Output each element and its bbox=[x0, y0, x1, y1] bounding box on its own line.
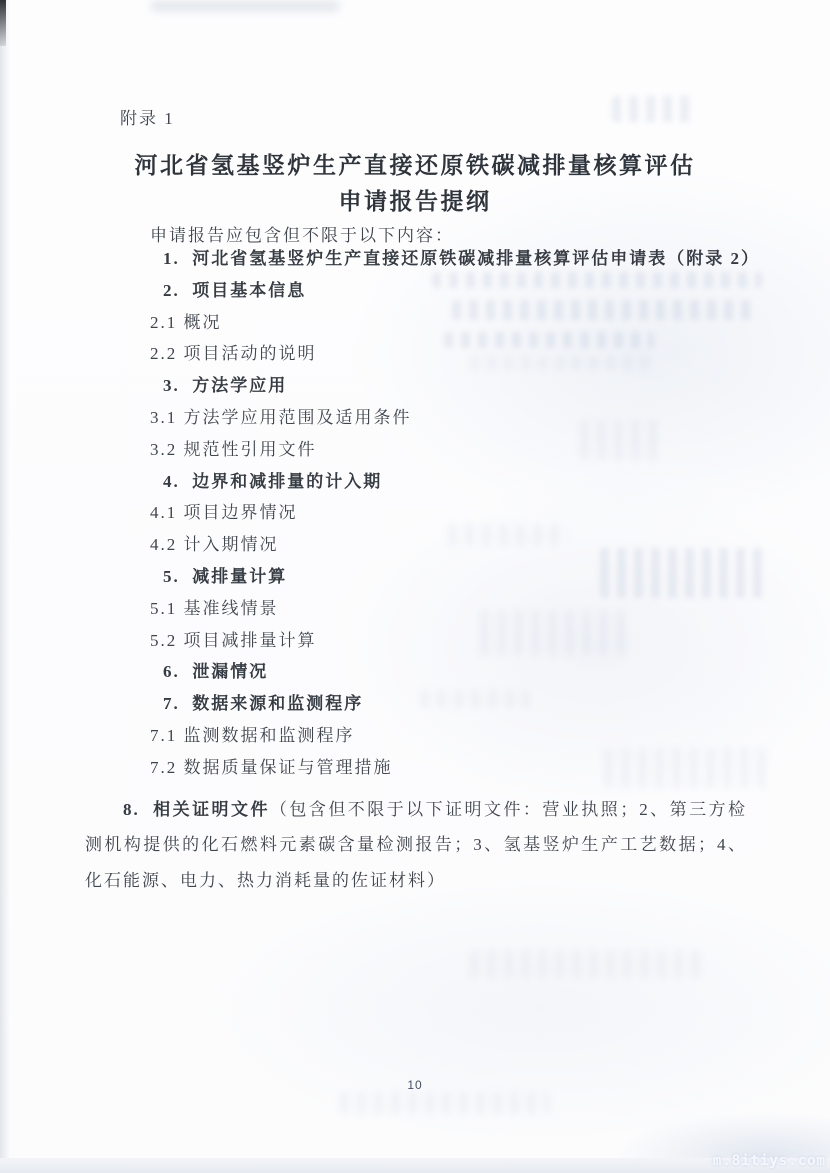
document-content: 附录 1 河北省氢基竖炉生产直接还原铁碳减排量核算评估申请报告提纲 申请报告应包… bbox=[0, 0, 830, 1173]
outline-item-3: 3. 方法学应用 bbox=[0, 370, 760, 402]
outline-item-4: 4. 边界和减排量的计入期 bbox=[0, 466, 760, 498]
outline-item-4-1: 4.1 项目边界情况 bbox=[0, 497, 760, 529]
outline-item-2: 2. 项目基本信息 bbox=[0, 275, 760, 307]
appendix-label: 附录 1 bbox=[120, 104, 175, 129]
document-title-line1: 河北省氢基竖炉生产直接还原铁碳减排量核算评估 bbox=[135, 153, 696, 178]
outline-item-3-1: 3.1 方法学应用范围及适用条件 bbox=[0, 402, 760, 434]
watermark: m.8itiys.com bbox=[713, 1153, 826, 1169]
outline-item-1: 1. 河北省氢基竖炉生产直接还原铁碳减排量核算评估申请表（附录 2） bbox=[0, 243, 760, 275]
outline-item-5: 5. 减排量计算 bbox=[0, 561, 760, 593]
outline-list: 1. 河北省氢基竖炉生产直接还原铁碳减排量核算评估申请表（附录 2） 2. 项目… bbox=[0, 243, 760, 784]
outline-item-7-2: 7.2 数据质量保证与管理措施 bbox=[0, 752, 760, 784]
page-number: 10 bbox=[0, 1078, 830, 1092]
closing-paragraph: 8. 相关证明文件（包含但不限于以下证明文件：营业执照；2、第三方检测机构提供的… bbox=[85, 792, 747, 898]
outline-item-7-1: 7.1 监测数据和监测程序 bbox=[0, 720, 760, 752]
scanned-document-page: 附录 1 河北省氢基竖炉生产直接还原铁碳减排量核算评估申请报告提纲 申请报告应包… bbox=[0, 0, 830, 1173]
outline-item-2-1: 2.1 概况 bbox=[0, 307, 760, 339]
outline-item-5-1: 5.1 基准线情景 bbox=[0, 593, 760, 625]
outline-item-7: 7. 数据来源和监测程序 bbox=[0, 688, 760, 720]
outline-item-2-2: 2.2 项目活动的说明 bbox=[0, 338, 760, 370]
outline-item-5-2: 5.2 项目减排量计算 bbox=[0, 625, 760, 657]
outline-item-3-2: 3.2 规范性引用文件 bbox=[0, 434, 760, 466]
scan-bottom-edge bbox=[0, 1158, 830, 1173]
outline-item-4-2: 4.2 计入期情况 bbox=[0, 529, 760, 561]
document-title: 河北省氢基竖炉生产直接还原铁碳减排量核算评估申请报告提纲 bbox=[0, 148, 830, 220]
closing-paragraph-lead: 8. 相关证明文件 bbox=[123, 800, 270, 819]
document-title-line2: 申请报告提纲 bbox=[339, 189, 492, 214]
outline-item-6: 6. 泄漏情况 bbox=[0, 656, 760, 688]
